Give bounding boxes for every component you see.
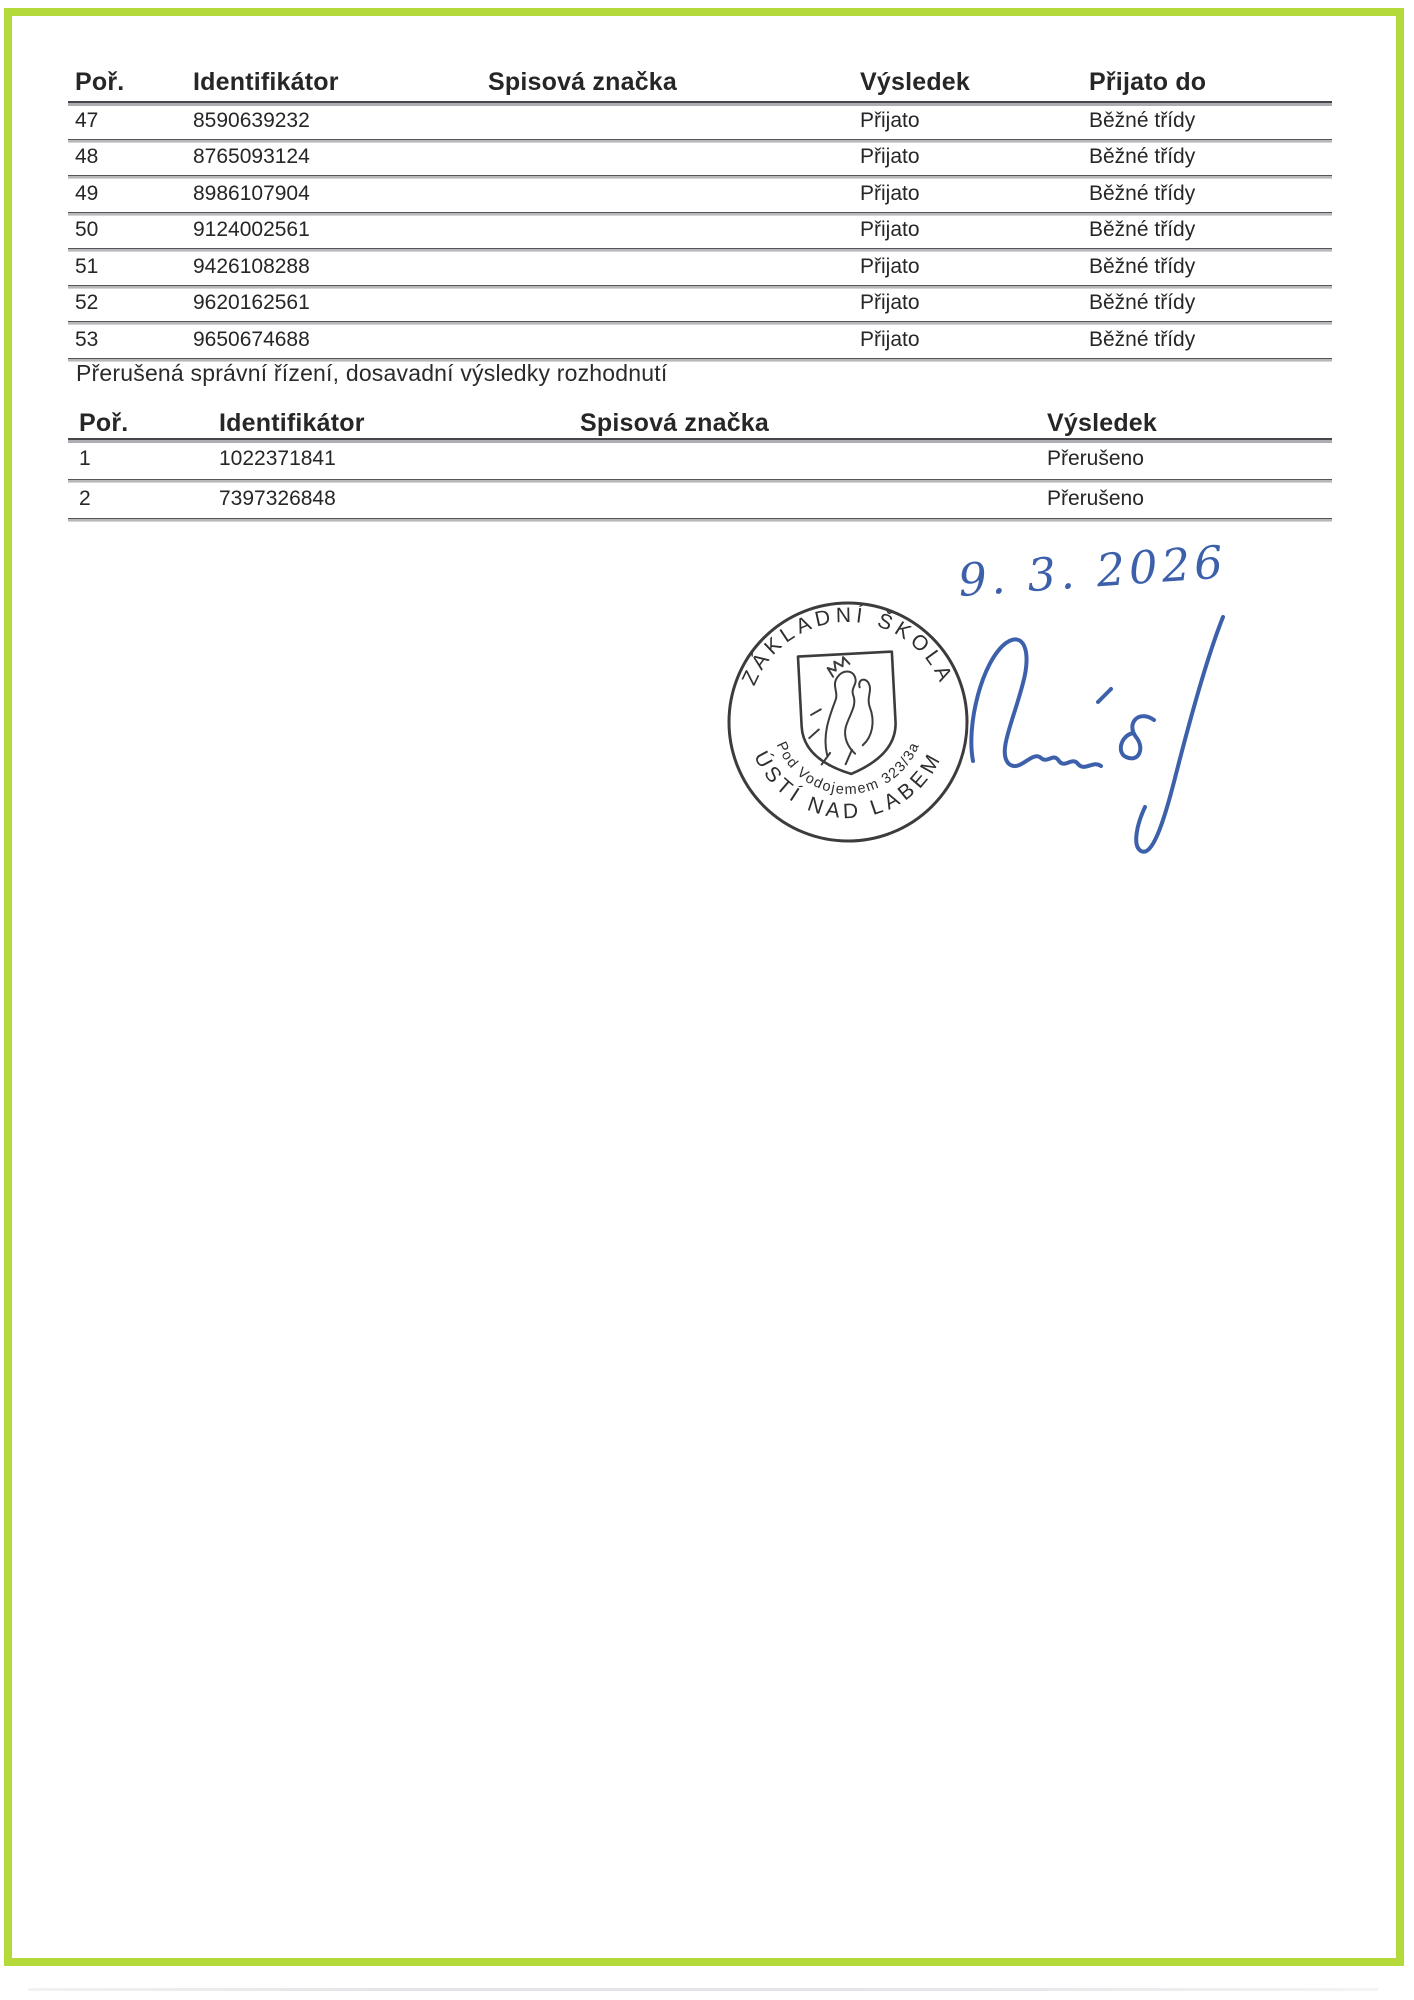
czech-lion-figure xyxy=(805,656,875,766)
table-cell-id: 7397326848 xyxy=(208,487,569,511)
table-cell-id: 1022371841 xyxy=(208,447,569,471)
section-title: Přerušená správní řízení, dosavadní výsl… xyxy=(76,360,667,387)
column-header-vysledek: Výsledek xyxy=(853,68,1082,97)
table-cell-prijato: Běžné třídy xyxy=(1082,328,1332,352)
table-cell-prijato: Běžné třídy xyxy=(1082,145,1332,169)
column-header-por: Poř. xyxy=(68,68,186,97)
coat-of-arms-shield xyxy=(798,652,898,777)
stamp-graphic: ZÁKLADNÍ ŠKOLA ÚSTÍ NAD LABEM Pod Vodoje… xyxy=(722,596,974,848)
column-header-spisova-znacka: Spisová značka xyxy=(481,68,853,97)
table-row: 488765093124PřijatoBěžné třídy xyxy=(68,140,1332,177)
table-row: 498986107904PřijatoBěžné třídy xyxy=(68,176,1332,213)
table-row: 539650674688PřijatoBěžné třídy xyxy=(68,322,1332,359)
admitted-results-table: Poř. Identifikátor Spisová značka Výsled… xyxy=(68,64,1332,359)
column-header-por: Poř. xyxy=(68,409,208,438)
handwritten-date: 9. 3. 2026 xyxy=(956,538,1189,607)
table-cell-vysledek: Přijato xyxy=(853,255,1082,279)
school-round-stamp: ZÁKLADNÍ ŠKOLA ÚSTÍ NAD LABEM Pod Vodoje… xyxy=(722,596,974,848)
table-cell-vysledek: Přijato xyxy=(853,291,1082,315)
signature-strokes xyxy=(960,603,1238,871)
column-header-spisova-znacka: Spisová značka xyxy=(569,409,1036,438)
scan-shadow-line xyxy=(28,1988,1378,1991)
table-cell-vysledek: Přerušeno xyxy=(1036,447,1332,471)
table-cell-por: 49 xyxy=(68,182,186,206)
table-cell-id: 9426108288 xyxy=(186,255,481,279)
table-cell-id: 9620162561 xyxy=(186,291,481,315)
table-cell-id: 9650674688 xyxy=(186,328,481,352)
scanned-document-page: Poř. Identifikátor Spisová značka Výsled… xyxy=(0,0,1414,2000)
table-cell-vysledek: Přijato xyxy=(853,328,1082,352)
table-cell-por: 2 xyxy=(68,487,208,511)
table-cell-por: 1 xyxy=(68,447,208,471)
table-cell-vysledek: Přijato xyxy=(853,218,1082,242)
table-cell-prijato: Běžné třídy xyxy=(1082,291,1332,315)
table-row: 478590639232PřijatoBěžné třídy xyxy=(68,103,1332,140)
column-header-identifikator: Identifikátor xyxy=(208,409,569,438)
table-cell-vysledek: Přijato xyxy=(853,182,1082,206)
table-cell-por: 51 xyxy=(68,255,186,279)
table-row: 509124002561PřijatoBěžné třídy xyxy=(68,213,1332,250)
table-cell-prijato: Běžné třídy xyxy=(1082,255,1332,279)
table-cell-prijato: Běžné třídy xyxy=(1082,109,1332,133)
table-row: 27397326848Přerušeno xyxy=(68,480,1332,520)
table-cell-por: 48 xyxy=(68,145,186,169)
table-cell-prijato: Běžné třídy xyxy=(1082,218,1332,242)
table-cell-por: 50 xyxy=(68,218,186,242)
column-header-vysledek: Výsledek xyxy=(1036,409,1332,438)
table-cell-id: 8765093124 xyxy=(186,145,481,169)
table-cell-por: 52 xyxy=(68,291,186,315)
table-cell-vysledek: Přijato xyxy=(853,145,1082,169)
table-cell-vysledek: Přijato xyxy=(853,109,1082,133)
table-body: 478590639232PřijatoBěžné třídy4887650931… xyxy=(68,103,1332,359)
table-cell-por: 53 xyxy=(68,328,186,352)
suspended-proceedings-table: Poř. Identifikátor Spisová značka Výsled… xyxy=(68,408,1332,519)
table-cell-id: 8986107904 xyxy=(186,182,481,206)
table-cell-vysledek: Přerušeno xyxy=(1036,487,1332,511)
table-row: 11022371841Přerušeno xyxy=(68,440,1332,480)
table-cell-id: 8590639232 xyxy=(186,109,481,133)
handwritten-signature xyxy=(960,603,1238,871)
stamp-text-top: ZÁKLADNÍ ŠKOLA xyxy=(738,604,958,689)
table-cell-por: 47 xyxy=(68,109,186,133)
table-header-row: Poř. Identifikátor Spisová značka Výsled… xyxy=(68,64,1332,103)
column-header-identifikator: Identifikátor xyxy=(186,68,481,97)
table-row: 519426108288PřijatoBěžné třídy xyxy=(68,249,1332,286)
table-cell-prijato: Běžné třídy xyxy=(1082,182,1332,206)
table-body: 11022371841Přerušeno27397326848Přerušeno xyxy=(68,440,1332,519)
table-row: 529620162561PřijatoBěžné třídy xyxy=(68,286,1332,323)
column-header-prijato-do: Přijato do xyxy=(1082,68,1332,97)
table-cell-id: 9124002561 xyxy=(186,218,481,242)
table-header-row: Poř. Identifikátor Spisová značka Výsled… xyxy=(68,408,1332,440)
